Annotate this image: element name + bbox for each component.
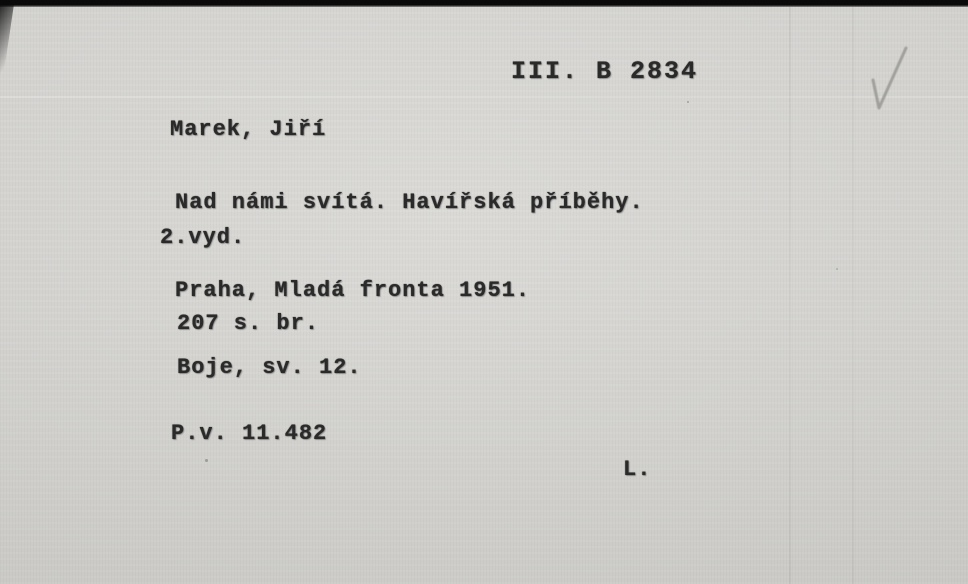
collation-line: 207 s. br. <box>177 313 319 335</box>
title-line: Nad námi svítá. Havířská příběhy. <box>175 192 644 214</box>
paper-speck <box>205 459 208 462</box>
record-number: P.v. 11.482 <box>171 423 327 445</box>
paper-speck <box>687 101 689 103</box>
paper-crease <box>789 7 791 584</box>
scanner-edge-top-left <box>0 4 14 82</box>
edition-statement: 2.vyd. <box>160 227 245 249</box>
paper-crease <box>0 96 968 98</box>
imprint-line: Praha, Mladá fronta 1951. <box>175 280 530 302</box>
author-heading: Marek, Jiří <box>170 119 326 141</box>
scanner-edge-top <box>0 0 968 7</box>
call-number: III. B 2834 <box>511 59 698 84</box>
paper-speck <box>836 268 838 270</box>
cataloger-initial: L. <box>623 459 651 481</box>
series-statement: Boje, sv. 12. <box>177 357 362 379</box>
catalog-card-scan: III. B 2834 Marek, Jiří Nad námi svítá. … <box>0 0 968 584</box>
handwritten-checkmark-icon <box>855 42 915 117</box>
paper-crease <box>852 7 854 584</box>
